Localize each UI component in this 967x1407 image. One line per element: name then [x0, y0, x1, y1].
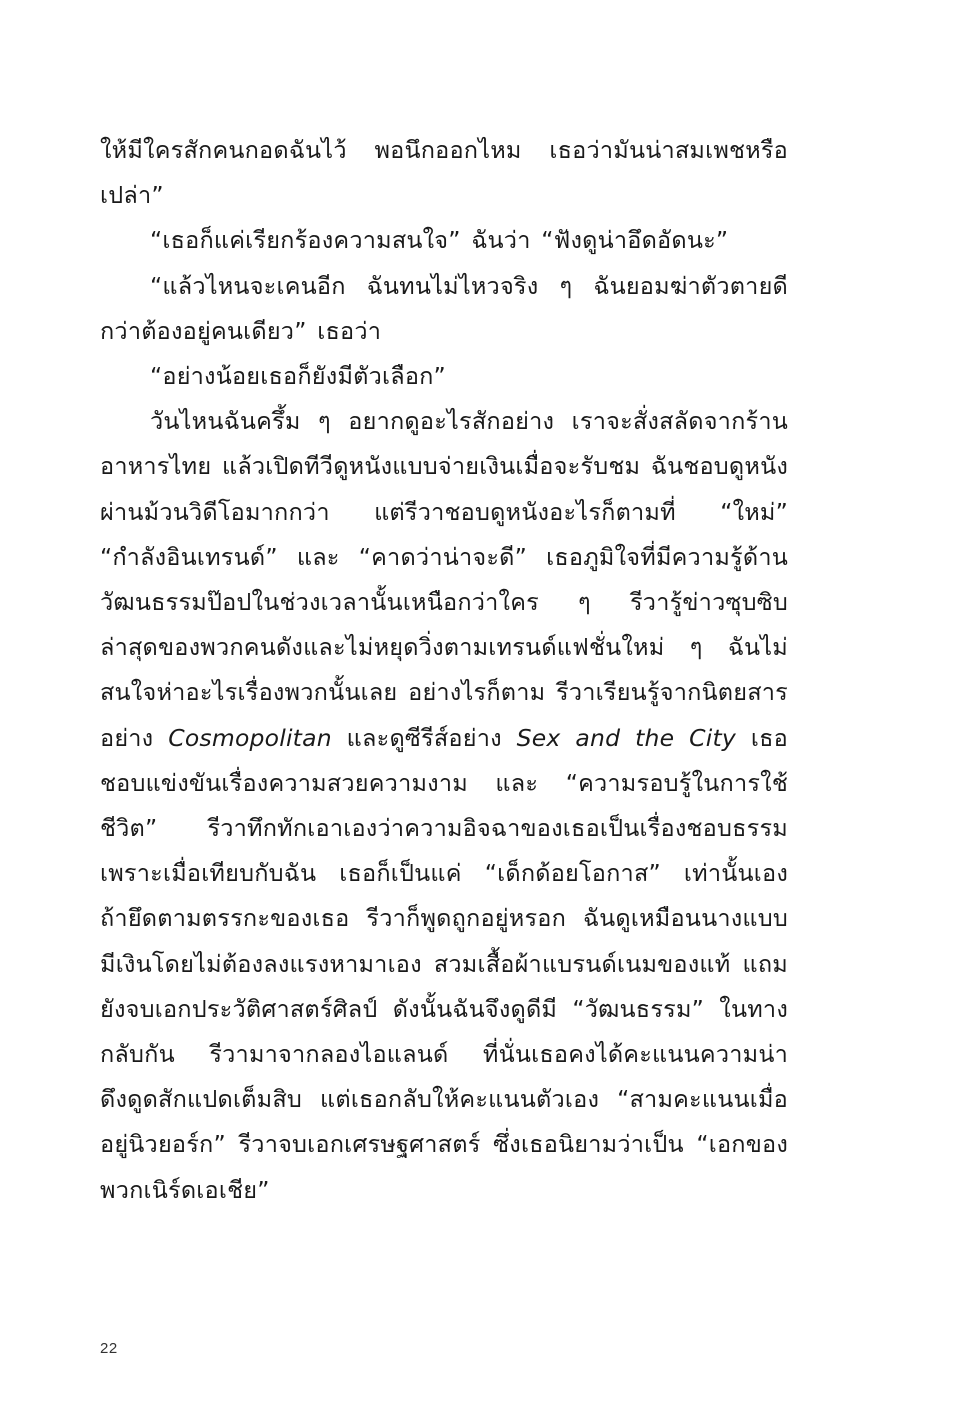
paragraph-text: “อย่างน้อยเธอก็ยังมีตัวเลือก” — [150, 362, 446, 390]
paragraph-5: วันไหนฉันครึ้ม ๆ อยากดูอะไรสักอย่าง เราจ… — [100, 399, 788, 1213]
paragraph-3: “แล้วไหนจะเคนอีก ฉันทนไม่ไหวจริง ๆ ฉันยอ… — [100, 264, 788, 354]
paragraph-1: ให้มีใครสักคนกอดฉันไว้ พอนึกออกไหม เธอว่… — [100, 128, 788, 218]
page-number: 22 — [100, 1340, 118, 1357]
paragraph-text: วันไหนฉันครึ้ม ๆ อยากดูอะไรสักอย่าง เราจ… — [100, 407, 788, 751]
paragraph-text: “แล้วไหนจะเคนอีก ฉันทนไม่ไหวจริง ๆ ฉันยอ… — [100, 272, 788, 345]
paragraph-text: ให้มีใครสักคนกอดฉันไว้ พอนึกออกไหม เธอว่… — [100, 136, 788, 209]
paragraph-text: และดูซีรีส์อย่าง — [332, 724, 517, 752]
series-title-sex-and-the-city: Sex and the City — [517, 724, 736, 752]
paragraph-2: “เธอก็แค่เรียกร้องความสนใจ” ฉันว่า “ฟังด… — [100, 218, 788, 263]
paragraph-4: “อย่างน้อยเธอก็ยังมีตัวเลือก” — [100, 354, 788, 399]
book-page-body: ให้มีใครสักคนกอดฉันไว้ พอนึกออกไหม เธอว่… — [100, 128, 788, 1213]
paragraph-text: “เธอก็แค่เรียกร้องความสนใจ” ฉันว่า “ฟังด… — [150, 226, 728, 254]
paragraph-text: เธอชอบแข่งขันเรื่องความสวยความงาม และ “ค… — [100, 724, 788, 1204]
magazine-title-cosmopolitan: Cosmopolitan — [168, 724, 332, 752]
